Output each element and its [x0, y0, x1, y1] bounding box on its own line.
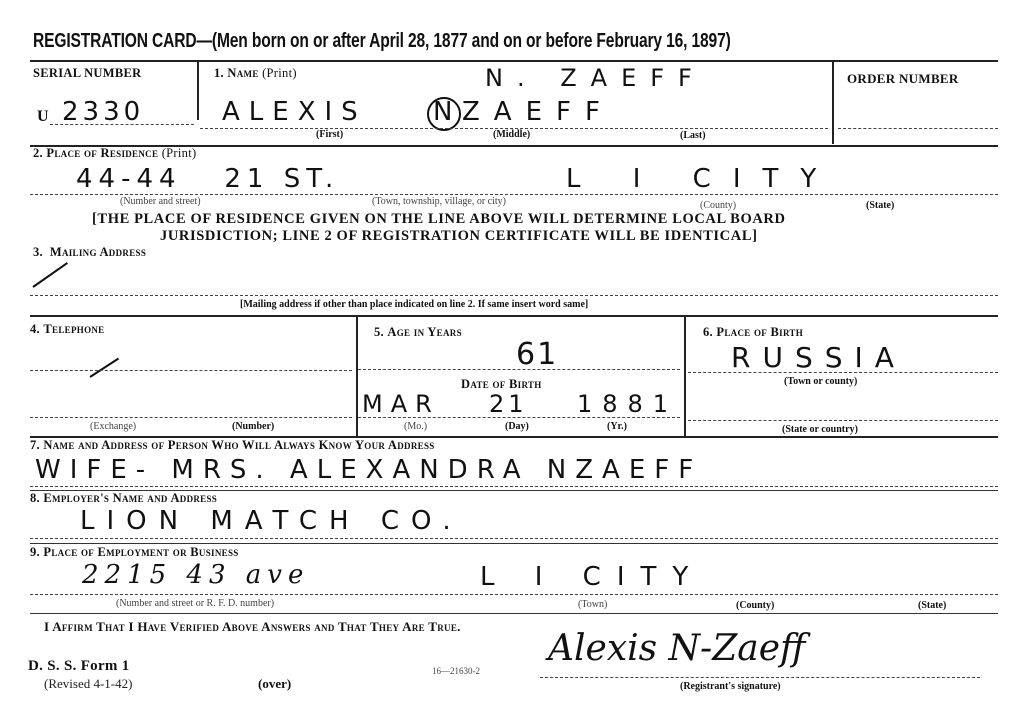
contact-field[interactable]: WIFE- MRS. ALEXANDRA NZAEFF	[35, 455, 702, 485]
mailing-underline	[30, 295, 998, 296]
jurisdiction-notice-line2: JURISDICTION; LINE 2 OF REGISTRATION CER…	[160, 228, 758, 245]
serial-number-value[interactable]: 2330	[62, 97, 144, 127]
dob-year-field[interactable]: 1881	[577, 390, 678, 418]
last-name-field[interactable]: ZAEFF	[462, 97, 614, 127]
serial-number-label: SERIAL NUMBER	[33, 66, 141, 81]
telephone-field[interactable]	[89, 358, 119, 378]
caption-town: (Town, township, village, or city)	[372, 196, 506, 207]
print-code: 16—21630-2	[432, 666, 480, 676]
employment-underline	[30, 594, 998, 595]
divider	[197, 62, 199, 120]
employer-label: 8. Employer's Name and Address	[30, 491, 217, 506]
employment-town-field[interactable]: L I CITY	[480, 562, 704, 592]
dob-day-field[interactable]: 21	[489, 390, 528, 418]
employer-underline	[30, 538, 998, 539]
caption-signature: (Registrant's signature)	[680, 681, 781, 692]
serial-underline	[50, 124, 194, 125]
name-annotation: N. ZAEFF	[485, 64, 706, 92]
residence-underline	[30, 194, 998, 195]
birthplace-label: 6. Place of Birth	[703, 325, 803, 340]
birthplace-town-field[interactable]: RUSSIA	[731, 341, 906, 374]
affirmation-text: I Affirm That I Have Verified Above Answ…	[44, 619, 461, 635]
order-number-field[interactable]	[838, 128, 998, 129]
caption-exchange: (Exchange)	[90, 421, 136, 432]
card-title: REGISTRATION CARD—(Men born on or after …	[33, 30, 731, 53]
form-name: D. S. S. Form 1	[28, 658, 130, 675]
employment-place-label: 9. Place of Employment or Business	[30, 545, 239, 560]
dob-underline	[358, 417, 680, 418]
caption-street-rfd: (Number and street or R. F. D. number)	[116, 598, 274, 609]
caption-first: (First)	[316, 129, 343, 140]
caption-state: (State)	[866, 200, 894, 211]
caption-county: (County)	[736, 600, 774, 611]
residence-town-field[interactable]: L I CITY	[566, 164, 838, 194]
caption-last: (Last)	[680, 130, 706, 141]
caption-town: (Town)	[578, 599, 607, 610]
telephone-label: 4. Telephone	[30, 322, 104, 337]
caption-day: (Day)	[505, 421, 529, 432]
telephone-underline-2	[30, 417, 352, 418]
signature-underline	[540, 677, 980, 678]
caption-year: (Yr.)	[607, 421, 627, 432]
divider	[30, 543, 998, 544]
birthplace-underline-2	[688, 420, 998, 421]
caption-month: (Mo.)	[404, 421, 427, 432]
first-name-field[interactable]: ALEXIS	[222, 97, 367, 127]
middle-initial-field[interactable]: N	[433, 97, 452, 127]
caption-middle: (Middle)	[493, 129, 530, 140]
divider	[356, 316, 358, 436]
mailing-address-field[interactable]	[32, 262, 68, 288]
over-label: (over)	[258, 676, 291, 692]
caption-number: (Number)	[232, 421, 274, 432]
caption-state: (State)	[918, 600, 946, 611]
age-field[interactable]: 61	[516, 337, 558, 372]
age-label: 5. Age in Years	[374, 325, 462, 340]
order-number-label: ORDER NUMBER	[847, 71, 959, 87]
caption-town-county: (Town or county)	[784, 376, 857, 387]
divider	[30, 613, 998, 614]
jurisdiction-notice-line1: [THE PLACE OF RESIDENCE GIVEN ON THE LIN…	[92, 211, 786, 228]
divider	[30, 315, 998, 317]
employer-field[interactable]: LION MATCH CO.	[80, 506, 463, 536]
mailing-address-label: 3. Mailing Address	[33, 245, 146, 260]
form-revised: (Revised 4-1-42)	[44, 676, 132, 692]
telephone-underline-1	[30, 370, 352, 371]
residence-label: 2. Place of Residence (Print)	[33, 146, 196, 161]
residence-street-field[interactable]: 44-44 21 ST.	[76, 164, 339, 194]
divider	[30, 60, 998, 62]
dob-month-field[interactable]: MAR	[362, 390, 440, 418]
divider	[684, 316, 686, 436]
caption-county: (County)	[700, 200, 736, 211]
birthplace-underline-1	[688, 372, 998, 373]
registrant-signature[interactable]: Alexis N-Zaeff	[548, 628, 806, 669]
age-underline	[358, 369, 680, 370]
employment-street-field[interactable]: 2215 43 ave	[82, 560, 309, 590]
mailing-caption: [Mailing address if other than place ind…	[240, 299, 588, 310]
caption-street: (Number and street)	[120, 196, 201, 207]
divider	[832, 62, 834, 144]
contact-label: 7. Name and Address of Person Who Will A…	[30, 438, 435, 453]
serial-prefix: U	[37, 108, 49, 126]
name-label: 1. Name (Print)	[214, 66, 297, 81]
contact-underline	[30, 486, 998, 487]
caption-state-country: (State or country)	[782, 424, 858, 435]
